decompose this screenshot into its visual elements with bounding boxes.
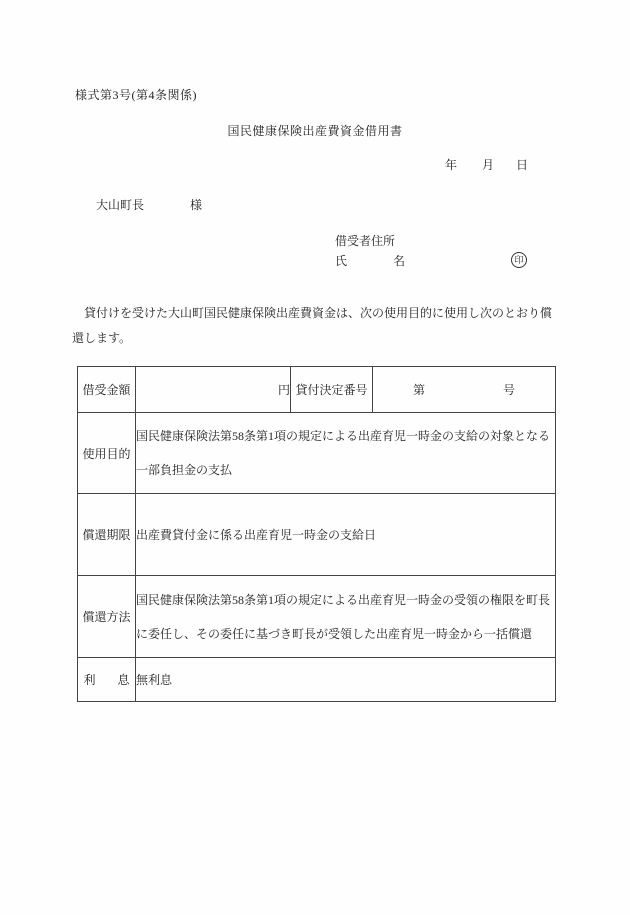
document-title: 国民健康保険出産費資金借用書 (0, 122, 630, 139)
table-row-amount: 借受金額 円 貸付決定番号 第号 (78, 367, 556, 413)
seal-mark-icon: 印 (511, 252, 527, 268)
date-day-label: 日 (516, 158, 528, 172)
deadline-content-cell: 出産費貸付金に係る出産育児一時金の支給日 (136, 494, 556, 576)
amount-label: 借受金額 (78, 367, 136, 413)
borrower-block: 借受者住所 氏名 印 (335, 231, 527, 271)
body-line: 貸付けを受けた大山町国民健康保険出産費資金は、次の使用目的に使用し次のとおり償 (72, 301, 564, 326)
table-row-purpose: 使用目的 国民健康保険法第58条第1項の規定による出産育児一時金の支給の対象とな… (78, 413, 556, 494)
interest-label-first: 利 (83, 673, 95, 687)
method-content-cell: 国民健康保険法第58条第1項の規定による出産育児一時金の受領の権限を町長 に委任… (136, 576, 556, 658)
document-page: 様式第3号(第4条関係) 国民健康保険出産費資金借用書 年月日 大山町長様 借受… (0, 0, 630, 915)
purpose-label: 使用目的 (78, 413, 136, 494)
addressee-line: 大山町長様 (96, 196, 202, 213)
deadline-label: 償還期限 (78, 494, 136, 576)
method-line: 国民健康保険法第58条第1項の規定による出産育児一時金の受領の権限を町長 (136, 583, 555, 617)
borrower-name-line: 氏名 印 (335, 251, 527, 271)
decision-number-prefix: 第 (413, 383, 425, 397)
addressee-honorific: 様 (190, 198, 202, 212)
method-line: に委任し、その委任に基づき町長が受領した出産育児一時金から一括償還 (136, 617, 555, 651)
purpose-line: 一部負担金の支払 (136, 453, 555, 487)
method-label: 償還方法 (78, 576, 136, 658)
addressee-name: 大山町長 (96, 198, 144, 212)
purpose-line: 国民健康保険法第58条第1項の規定による出産育児一時金の支給の対象となる (136, 419, 555, 453)
deadline-line: 出産費貸付金に係る出産育児一時金の支給日 (136, 518, 555, 552)
body-line: 還します。 (72, 326, 564, 351)
purpose-content-cell: 国民健康保険法第58条第1項の規定による出産育児一時金の支給の対象となる 一部負… (136, 413, 556, 494)
decision-number-suffix: 号 (503, 383, 515, 397)
table-row-deadline: 償還期限 出産費貸付金に係る出産育児一時金の支給日 (78, 494, 556, 576)
table-row-interest: 利息 無利息 (78, 658, 556, 702)
date-year-label: 年 (445, 158, 457, 172)
borrower-address-label: 借受者住所 (335, 231, 527, 251)
form-number: 様式第3号(第4条関係) (75, 86, 197, 103)
interest-label: 利息 (78, 658, 136, 702)
body-paragraph: 貸付けを受けた大山町国民健康保険出産費資金は、次の使用目的に使用し次のとおり償 … (72, 301, 564, 351)
decision-number-label: 貸付決定番号 (291, 367, 373, 413)
amount-value-cell: 円 (136, 367, 291, 413)
decision-number-cell: 第号 (373, 367, 556, 413)
borrower-name-label-second: 名 (393, 254, 405, 268)
borrower-name-label-first: 氏 (335, 254, 347, 268)
date-line: 年月日 (445, 156, 528, 173)
table-row-method: 償還方法 国民健康保険法第58条第1項の規定による出産育児一時金の受領の権限を町… (78, 576, 556, 658)
interest-label-second: 息 (118, 673, 130, 687)
loan-table: 借受金額 円 貸付決定番号 第号 使用目的 国民健康保険法第58条第1項の規定に… (77, 366, 556, 702)
interest-line: 無利息 (136, 663, 555, 697)
interest-content-cell: 無利息 (136, 658, 556, 702)
date-month-label: 月 (482, 158, 494, 172)
